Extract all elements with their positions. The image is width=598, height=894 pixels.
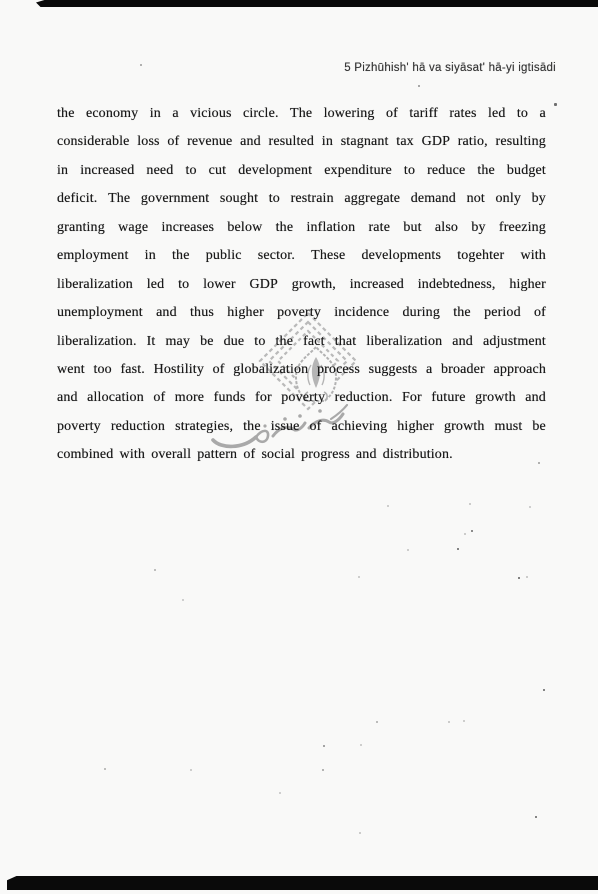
word: demand xyxy=(411,185,456,213)
word: to xyxy=(517,100,528,128)
word: approach xyxy=(493,356,546,384)
word: deficit. xyxy=(57,185,97,213)
word: tariff xyxy=(409,100,438,128)
word: in xyxy=(57,157,68,185)
word: incidence xyxy=(334,299,389,327)
word: vicious xyxy=(190,100,232,128)
scan-speck xyxy=(518,577,520,579)
word: by xyxy=(532,185,546,213)
word: due xyxy=(224,328,245,356)
word: higher xyxy=(397,413,434,441)
word: reduction xyxy=(111,413,165,441)
word: for xyxy=(255,384,272,412)
word: granting xyxy=(57,214,105,242)
paragraph-line: wenttoofast.Hostilityofglobalizationproc… xyxy=(57,356,546,384)
word: These xyxy=(311,242,345,270)
word: be xyxy=(532,413,546,441)
word: to xyxy=(185,157,196,185)
scan-speck xyxy=(359,832,361,834)
paragraph-line: unemploymentandthushigherpovertyincidenc… xyxy=(57,299,546,327)
word: to xyxy=(178,271,189,299)
scan-speck xyxy=(154,569,156,571)
word: below xyxy=(227,214,262,242)
scan-speck xyxy=(529,506,531,508)
scan-speck xyxy=(360,744,362,746)
scan-speck xyxy=(526,576,528,578)
word: sought xyxy=(220,185,258,213)
word: more xyxy=(175,384,204,412)
paragraph-line: deficit.Thegovernmentsoughttorestrainagg… xyxy=(57,185,546,213)
scan-speck xyxy=(387,505,389,507)
word: fast. xyxy=(120,356,144,384)
word: developments xyxy=(362,242,442,270)
word: reduction. xyxy=(335,384,393,412)
scanned-page: 5 Pizhūhish' hā va siyāsat' hā-yi igtisā… xyxy=(0,0,598,894)
word: public xyxy=(206,242,242,270)
word: may xyxy=(166,328,191,356)
scan-speck xyxy=(457,548,459,550)
word: allocation xyxy=(87,384,144,412)
scan-speck xyxy=(104,768,106,770)
word: a xyxy=(426,356,432,384)
word: the xyxy=(453,299,471,327)
word: poverty xyxy=(281,384,325,412)
scan-speck xyxy=(322,769,324,771)
word: The xyxy=(290,100,312,128)
word: increased xyxy=(80,157,134,185)
scan-speck xyxy=(140,64,142,66)
scan-speck xyxy=(554,103,557,106)
word: development xyxy=(238,157,312,185)
word: liberalization. xyxy=(57,328,137,356)
word: government xyxy=(141,185,209,213)
word: funds xyxy=(214,384,246,412)
word: of xyxy=(167,128,179,156)
word: sector. xyxy=(258,242,295,270)
word: of xyxy=(309,413,321,441)
word: and xyxy=(452,328,473,356)
word: too xyxy=(93,356,111,384)
word: also xyxy=(435,214,458,242)
scan-speck xyxy=(418,85,420,87)
word: unemployment xyxy=(57,299,143,327)
word: reduce xyxy=(427,157,465,185)
word: poverty xyxy=(57,413,101,441)
word: the xyxy=(172,242,190,270)
word: only xyxy=(496,185,522,213)
word: lower xyxy=(203,271,236,299)
word: by xyxy=(471,214,485,242)
word: inflation xyxy=(306,214,355,242)
word: led xyxy=(488,100,506,128)
scan-speck xyxy=(358,576,360,578)
word: strategies, xyxy=(175,413,233,441)
scan-speck xyxy=(471,530,473,532)
word: of xyxy=(386,100,398,128)
word: to xyxy=(254,328,265,356)
word: during xyxy=(403,299,440,327)
word: wage xyxy=(118,214,148,242)
word: resulting xyxy=(496,128,546,156)
word: process xyxy=(317,356,360,384)
word: the xyxy=(276,214,294,242)
scan-speck xyxy=(323,745,325,747)
paragraph-line: liberalization.Itmaybeduetothefactthatli… xyxy=(57,328,546,356)
word: need xyxy=(146,157,173,185)
word: went xyxy=(57,356,85,384)
word: Hostility xyxy=(154,356,204,384)
scan-edge-bottom-bar xyxy=(7,876,598,890)
word: and xyxy=(525,384,546,412)
paragraph-line: considerablelossofrevenueandresultedinst… xyxy=(57,128,546,156)
word: poverty xyxy=(277,299,321,327)
word: and xyxy=(156,299,177,327)
scan-speck xyxy=(182,599,184,601)
scan-speck xyxy=(279,792,281,794)
word: For xyxy=(402,384,422,412)
word: be xyxy=(200,328,214,356)
word: higher xyxy=(509,271,546,299)
word: and xyxy=(240,128,261,156)
word: circle. xyxy=(243,100,279,128)
scan-speck xyxy=(463,720,465,722)
word: The xyxy=(108,185,130,213)
word: liberalization xyxy=(57,271,133,299)
word: stagnant xyxy=(341,128,389,156)
word: indebtedness, xyxy=(418,271,496,299)
word: tax xyxy=(396,128,414,156)
scan-speck xyxy=(464,533,466,535)
word: increased xyxy=(350,271,404,299)
paragraph-line: theeconomyinaviciouscircle.Theloweringof… xyxy=(57,100,546,128)
word: to xyxy=(269,185,280,213)
word: lowering xyxy=(324,100,375,128)
word: of xyxy=(153,384,165,412)
word: growth xyxy=(475,384,516,412)
word: period xyxy=(484,299,521,327)
paragraph-line: liberalizationledtolowerGDPgrowth,increa… xyxy=(57,271,546,299)
word: issue xyxy=(271,413,300,441)
word: the xyxy=(243,413,261,441)
word: rate xyxy=(368,214,390,242)
word: GDP xyxy=(250,271,278,299)
word: employment xyxy=(57,242,129,270)
word: globalization xyxy=(233,356,308,384)
word: with xyxy=(520,242,546,270)
word: increases xyxy=(162,214,215,242)
word: future xyxy=(431,384,465,412)
word: revenue xyxy=(187,128,232,156)
body-paragraph: theeconomyinaviciouscircle.Theloweringof… xyxy=(57,100,546,470)
word: budget xyxy=(507,157,546,185)
word: the xyxy=(477,157,495,185)
word: achieving xyxy=(331,413,387,441)
word: a xyxy=(172,100,178,128)
word: of xyxy=(534,299,546,327)
word: economy xyxy=(86,100,138,128)
word: adjustment xyxy=(483,328,546,356)
paragraph-line: andallocationofmorefundsforpovertyreduct… xyxy=(57,384,546,412)
word: loss xyxy=(137,128,159,156)
scan-speck xyxy=(543,689,545,691)
word: cut xyxy=(209,157,227,185)
word: ratio, xyxy=(458,128,488,156)
word: aggregate xyxy=(344,185,400,213)
paragraph-line: employmentinthepublicsector.Thesedevelop… xyxy=(57,242,546,270)
word: must xyxy=(495,413,523,441)
word: led xyxy=(147,271,165,299)
word: It xyxy=(147,328,156,356)
word: in xyxy=(145,242,156,270)
paragraph-line: combined with overall pattern of social … xyxy=(57,441,546,469)
word: rates xyxy=(449,100,476,128)
scan-speck xyxy=(376,721,378,723)
word: in xyxy=(322,128,333,156)
word: togehter xyxy=(457,242,504,270)
word: broader xyxy=(441,356,485,384)
word: but xyxy=(403,214,421,242)
word: restrain xyxy=(291,185,334,213)
word: fact xyxy=(303,328,325,356)
word: expenditure xyxy=(324,157,392,185)
scan-edge-top-bar xyxy=(36,0,598,7)
running-header: 5 Pizhūhish' hā va siyāsat' hā-yi igtisā… xyxy=(344,62,556,74)
scan-speck xyxy=(190,769,192,771)
paragraph-line: povertyreductionstrategies,theissueofach… xyxy=(57,413,546,441)
word: GDP xyxy=(422,128,450,156)
word: in xyxy=(150,100,161,128)
word: suggests xyxy=(369,356,418,384)
paragraph-line: grantingwageincreasesbelowtheinflationra… xyxy=(57,214,546,242)
word: that xyxy=(335,328,357,356)
word: freezing xyxy=(499,214,546,242)
word: and xyxy=(57,384,78,412)
word: not xyxy=(467,185,485,213)
word: growth xyxy=(444,413,485,441)
word: of xyxy=(213,356,225,384)
scan-speck xyxy=(535,816,537,818)
word: the xyxy=(57,100,75,128)
word: to xyxy=(404,157,415,185)
scan-speck xyxy=(469,503,471,505)
word: the xyxy=(276,328,294,356)
paragraph-line: inincreasedneedtocutdevelopmentexpenditu… xyxy=(57,157,546,185)
word: a xyxy=(539,100,545,128)
word: considerable xyxy=(57,128,130,156)
word: liberalization xyxy=(366,328,442,356)
word: higher xyxy=(227,299,264,327)
scan-speck xyxy=(448,721,450,723)
word: growth, xyxy=(292,271,336,299)
word: thus xyxy=(190,299,214,327)
word: resulted xyxy=(269,128,315,156)
scan-speck xyxy=(407,549,409,551)
